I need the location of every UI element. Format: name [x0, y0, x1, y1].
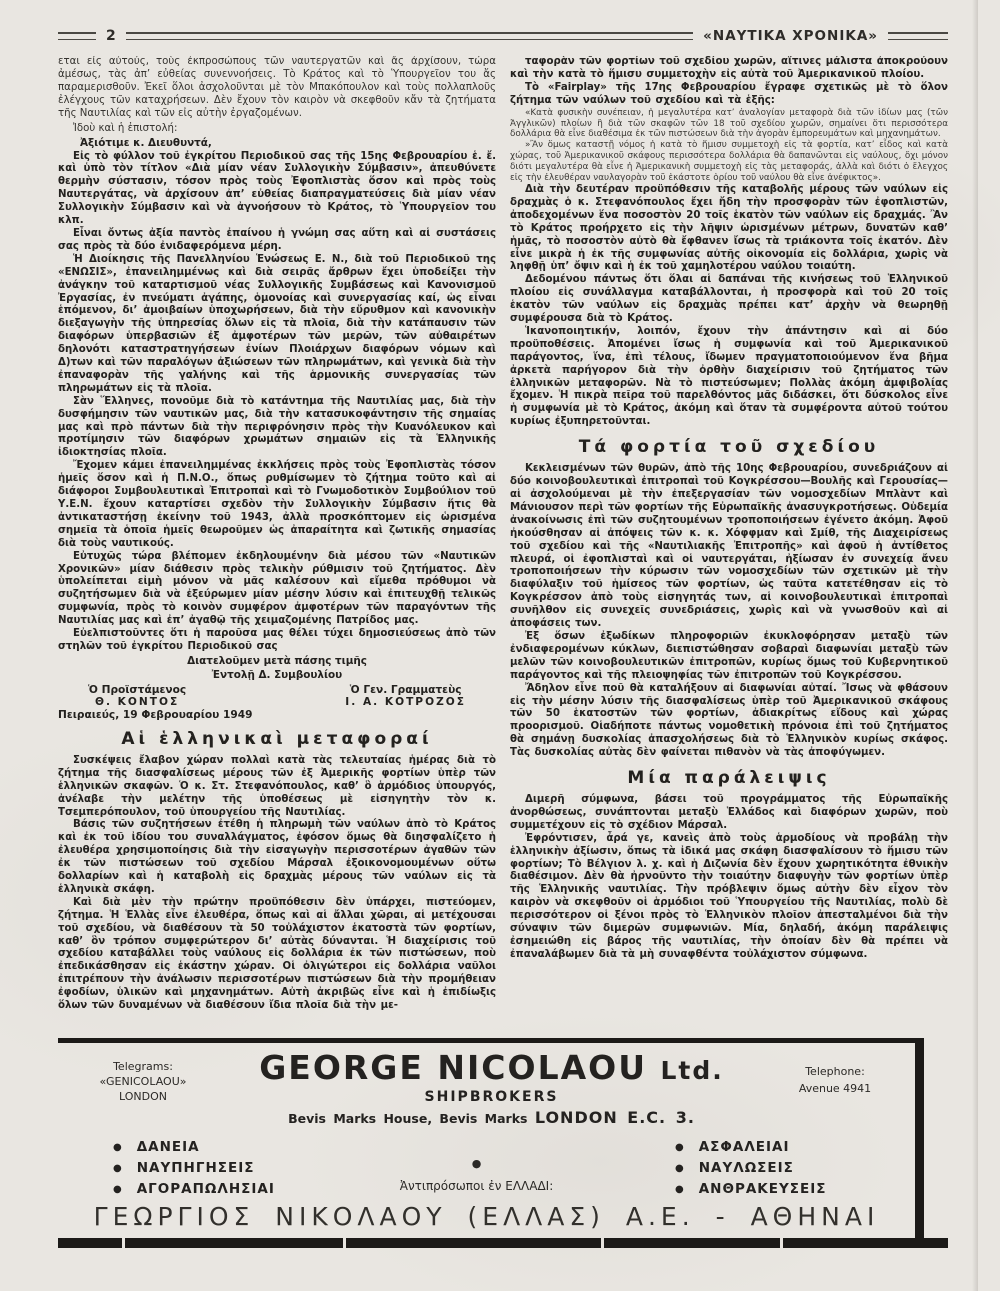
header-rule [888, 32, 948, 40]
company-suffix-text: Ltd. [661, 1056, 724, 1085]
signature-right-name: Ι. Α. ΚΟΤΡΟΖΟΣ [345, 696, 466, 708]
service-item: ●ΑΣΦΑΛΕΙΑΙ [675, 1137, 915, 1158]
paragraph: Βάσις τῶν συζητήσεων ἐτέθη ἡ πληρωμὴ τῶν… [58, 819, 496, 896]
rule-segment [125, 1238, 343, 1248]
page-header: 2 «ΝΑΥΤΙΚΑ ΧΡΟΝΙΚΑ» [58, 28, 948, 44]
signature-right: Ὁ Γεν. Γραμματεὺς Ι. Α. ΚΟΤΡΟΖΟΣ [345, 684, 466, 708]
paragraph: Εἶναι ὄντως ἀξία παντὸς ἐπαίνου ἡ γνώμη … [58, 228, 496, 254]
bullet-icon: ● [113, 1179, 123, 1200]
paragraph: Εὐελπιστοῦντες ὅτι ἡ παροῦσα μας θέλει τ… [58, 628, 496, 654]
section-title-an-omission: Μία παράλειψις [510, 768, 948, 788]
signature-left-role: Ὁ Προϊστάμενος [88, 684, 186, 696]
telegrams-city: LONDON [58, 1089, 228, 1104]
rule-segment [604, 1238, 780, 1248]
address-city: LONDON E.C. 3. [535, 1108, 695, 1127]
header-rule [126, 32, 693, 40]
paragraph: Ἡ Διοίκησις τῆς Πανελληνίου Ἑνώσεως Ε. Ν… [58, 254, 496, 396]
scanned-magazine-page: 2 «ΝΑΥΤΙΚΑ ΧΡΟΝΙΚΑ» εται εἰς αὐτούς, τοὺ… [0, 0, 1000, 1291]
paragraph: Ἐφρόντισεν, ἆρά γε, κανεὶς ἀπὸ τοὺς ἁρμο… [510, 833, 948, 962]
intro-continuation: εται εἰς αὐτούς, τοὺς ἐκπροσώπους τῶν να… [58, 56, 496, 121]
bullet-icon: ● [675, 1137, 685, 1158]
service-item: ●ΑΓΟΡΑΠΩΛΗΣΙΑΙ [113, 1179, 383, 1200]
service-item: ●ΝΑΥΛΩΣΕΙΣ [675, 1158, 915, 1179]
ad-company-name: GEORGE NICOLAOU Ltd. [228, 1051, 755, 1088]
letter-body: Εἰς τὸ φύλλον τοῦ ἐγκρίτου Περιοδικοῦ σα… [58, 151, 496, 654]
service-label: ΔΑΝΕΙΑ [137, 1137, 200, 1158]
service-label: ΑΓΟΡΑΠΩΛΗΣΙΑΙ [137, 1179, 275, 1200]
bullet-icon: ● [675, 1179, 685, 1200]
paragraph: εται εἰς αὐτούς, τοὺς ἐκπροσώπους τῶν να… [58, 56, 496, 121]
paragraph: Διὰ τὴν δευτέραν προϋπόθεσιν τῆς καταβολ… [510, 184, 948, 274]
rule-segment [58, 1238, 122, 1248]
paragraph: Σὰν Ἕλληνες, πονοῦμε διὰ τὸ κατάντημα τῆ… [58, 396, 496, 461]
advertisement-george-nicolaou: Telegrams: «GENICOLAOU» LONDON GEORGE NI… [58, 1038, 924, 1239]
bullet-icon: ● [675, 1158, 685, 1179]
fairplay-quote: «Κατὰ φυσικὴν συνέπειαν, ἡ μεγαλυτέρα κα… [510, 108, 948, 184]
magazine-masthead: «ΝΑΥΤΙΚΑ ΧΡΟΝΙΚΑ» [703, 28, 878, 44]
page-edge-shadow [972, 0, 978, 1291]
representatives-label: Ἀντιπρόσωποι ἐν ΕΛΛΑΔΙ: [400, 1179, 553, 1193]
ad-representatives: ● Ἀντιπρόσωποι ἐν ΕΛΛΑΔΙ: [383, 1137, 570, 1193]
service-label: ΝΑΥΠΗΓΗΣΕΙΣ [137, 1158, 255, 1179]
letter-salutation: Ἀξιότιμε κ. Διευθυντά, [58, 136, 496, 150]
ad-telephone-block: Telephone: Avenue 4941 [755, 1051, 915, 1097]
ad-top-row: Telegrams: «GENICOLAOU» LONDON GEORGE NI… [58, 1043, 915, 1127]
paragraph: Κεκλεισμένων τῶν θυρῶν, ἀπὸ τῆς 10ης Φεβ… [510, 463, 948, 631]
paragraph: Ἐξ ὅσων ἐξωδίκων πληροφοριῶν ἐκυκλοφόρησ… [510, 631, 948, 683]
paragraph: Ἱκανοποιητικήν, λοιπόν, ἔχουν τὴν ἀπάντη… [510, 326, 948, 429]
center-bullet-icon: ● [383, 1157, 570, 1170]
telegrams-label: Telegrams: [58, 1059, 228, 1074]
signature-left-name: Θ. ΚΟΝΤΟΣ [88, 696, 186, 708]
paragraph: Καὶ διὰ μὲν τὴν πρώτην προϋπόθεσιν δὲν ὑ… [58, 897, 496, 1013]
letter-closing-1: Διατελοῦμεν μετὰ πάσης τιμῆς [58, 654, 496, 668]
ad-telegrams-block: Telegrams: «GENICOLAOU» LONDON [58, 1051, 228, 1104]
paragraph: Εἰς τὸ φύλλον τοῦ ἐγκρίτου Περιοδικοῦ σα… [58, 151, 496, 228]
signature-left: Ὁ Προϊστάμενος Θ. ΚΟΝΤΟΣ [88, 684, 186, 708]
signature-right-role: Ὁ Γεν. Γραμματεὺς [345, 684, 466, 696]
bullet-icon: ● [113, 1137, 123, 1158]
ad-address: Bevis Marks House, Bevis Marks LONDON E.… [228, 1108, 755, 1127]
service-item: ●ΝΑΥΠΗΓΗΣΕΙΣ [113, 1158, 383, 1179]
rule-segment [783, 1238, 948, 1248]
ad-company-block: GEORGE NICOLAOU Ltd. SHIPBROKERS Bevis M… [228, 1051, 755, 1127]
paragraph: Δεδομένου πάντως ὅτι ὅλαι αἱ δαπάναι τῆς… [510, 274, 948, 326]
telephone-label: Telephone: [755, 1063, 915, 1080]
service-label: ΑΝΘΡΑΚΕΥΣΕΙΣ [699, 1179, 827, 1200]
page-bottom-rule [58, 1238, 948, 1248]
service-label: ΑΣΦΑΛΕΙΑΙ [699, 1137, 790, 1158]
service-item: ●ΔΑΝΕΙΑ [113, 1137, 383, 1158]
paragraph: «Κατὰ φυσικὴν συνέπειαν, ἡ μεγαλυτέρα κα… [510, 108, 948, 141]
paragraph: Διμερῆ σύμφωνα, βάσει τοῦ προγράμματος τ… [510, 794, 948, 833]
right-after-quote: Διὰ τὴν δευτέραν προϋπόθεσιν τῆς καταβολ… [510, 184, 948, 429]
signature-row: Ὁ Προϊστάμενος Θ. ΚΟΝΤΟΣ Ὁ Γεν. Γραμματε… [58, 682, 496, 708]
bullet-icon: ● [113, 1158, 123, 1179]
article-columns: εται εἰς αὐτούς, τοὺς ἐκπροσώπους τῶν να… [58, 56, 948, 1038]
letter-dateline: Πειραιεύς, 19 Φεβρουαρίου 1949 [58, 709, 496, 721]
right-top-body: ταφορὰν τῶν φορτίων τοῦ σχεδίου χωρῶν, α… [510, 56, 948, 108]
ad-services-row: ●ΔΑΝΕΙΑ●ΝΑΥΠΗΓΗΣΕΙΣ●ΑΓΟΡΑΠΩΛΗΣΙΑΙ ● Ἀντι… [58, 1137, 915, 1200]
service-label: ΝΑΥΛΩΣΕΙΣ [699, 1158, 794, 1179]
paragraph: Τὸ «Fairplay» τῆς 17ης Φεβρουαρίου ἔγραφ… [510, 82, 948, 108]
plan-cargoes-body: Κεκλεισμένων τῶν θυρῶν, ἀπὸ τῆς 10ης Φεβ… [510, 463, 948, 760]
section-title-plan-cargoes: Τά φορτία τοῦ σχεδίου [510, 437, 948, 457]
an-omission-body: Διμερῆ σύμφωνα, βάσει τοῦ προγράμματος τ… [510, 794, 948, 962]
left-column: εται εἰς αὐτούς, τοὺς ἐκπροσώπους τῶν να… [58, 56, 496, 1038]
paragraph: ταφορὰν τῶν φορτίων τοῦ σχεδίου χωρῶν, α… [510, 56, 948, 82]
paragraph: »Ἂν ὅμως καταστῇ νόμος ἡ κατὰ τὸ ἥμισυ σ… [510, 140, 948, 184]
page-number: 2 [106, 28, 116, 44]
paragraph: Συσκέψεις ἔλαβον χώραν πολλαὶ κατὰ τὰς τ… [58, 755, 496, 820]
company-name-text: GEORGE NICOLAOU [259, 1048, 647, 1087]
header-rule [58, 32, 96, 40]
rule-segment [346, 1238, 601, 1248]
ad-services-left: ●ΔΑΝΕΙΑ●ΝΑΥΠΗΓΗΣΕΙΣ●ΑΓΟΡΑΠΩΛΗΣΙΑΙ [58, 1137, 383, 1200]
ad-company-role: SHIPBROKERS [228, 1089, 755, 1105]
section-title-greek-transports: Αἱ ἑλληνικαὶ μεταφοραί [58, 729, 496, 749]
paragraph: Ἄδηλον εἶνε ποῦ θὰ καταλήξουν αἱ διαφωνί… [510, 683, 948, 760]
greek-transports-body: Συσκέψεις ἔλαβον χώραν πολλαὶ κατὰ τὰς τ… [58, 755, 496, 1013]
paragraph: Εὐτυχῶς τώρα βλέπομεν ἐκδηλουμένην διὰ μ… [58, 551, 496, 628]
ad-greek-company: ΓΕΩΡΓΙΟΣ ΝΙΚΟΛΑΟΥ (ΕΛΛΑΣ) Α.Ε. - ΑΘΗΝΑΙ [58, 1202, 915, 1231]
right-column: ταφορὰν τῶν φορτίων τοῦ σχεδίου χωρῶν, α… [510, 56, 948, 1038]
ad-services-right: ●ΑΣΦΑΛΕΙΑΙ●ΝΑΥΛΩΣΕΙΣ●ΑΝΘΡΑΚΕΥΣΕΙΣ [570, 1137, 915, 1200]
telegrams-value: «GENICOLAOU» [58, 1074, 228, 1089]
letter-lead-in: Ἰδοὺ καὶ ἡ ἐπιστολή: [58, 122, 496, 135]
letter-closing-2: Ἐντολῇ Δ. Συμβουλίου [58, 668, 496, 682]
telephone-value: Avenue 4941 [755, 1080, 915, 1097]
paragraph: Ἔχομεν κάμει ἐπανειλημμένας ἐκκλήσεις πρ… [58, 460, 496, 550]
service-item: ●ΑΝΘΡΑΚΕΥΣΕΙΣ [675, 1179, 915, 1200]
address-street: Bevis Marks House, Bevis Marks [288, 1111, 527, 1126]
